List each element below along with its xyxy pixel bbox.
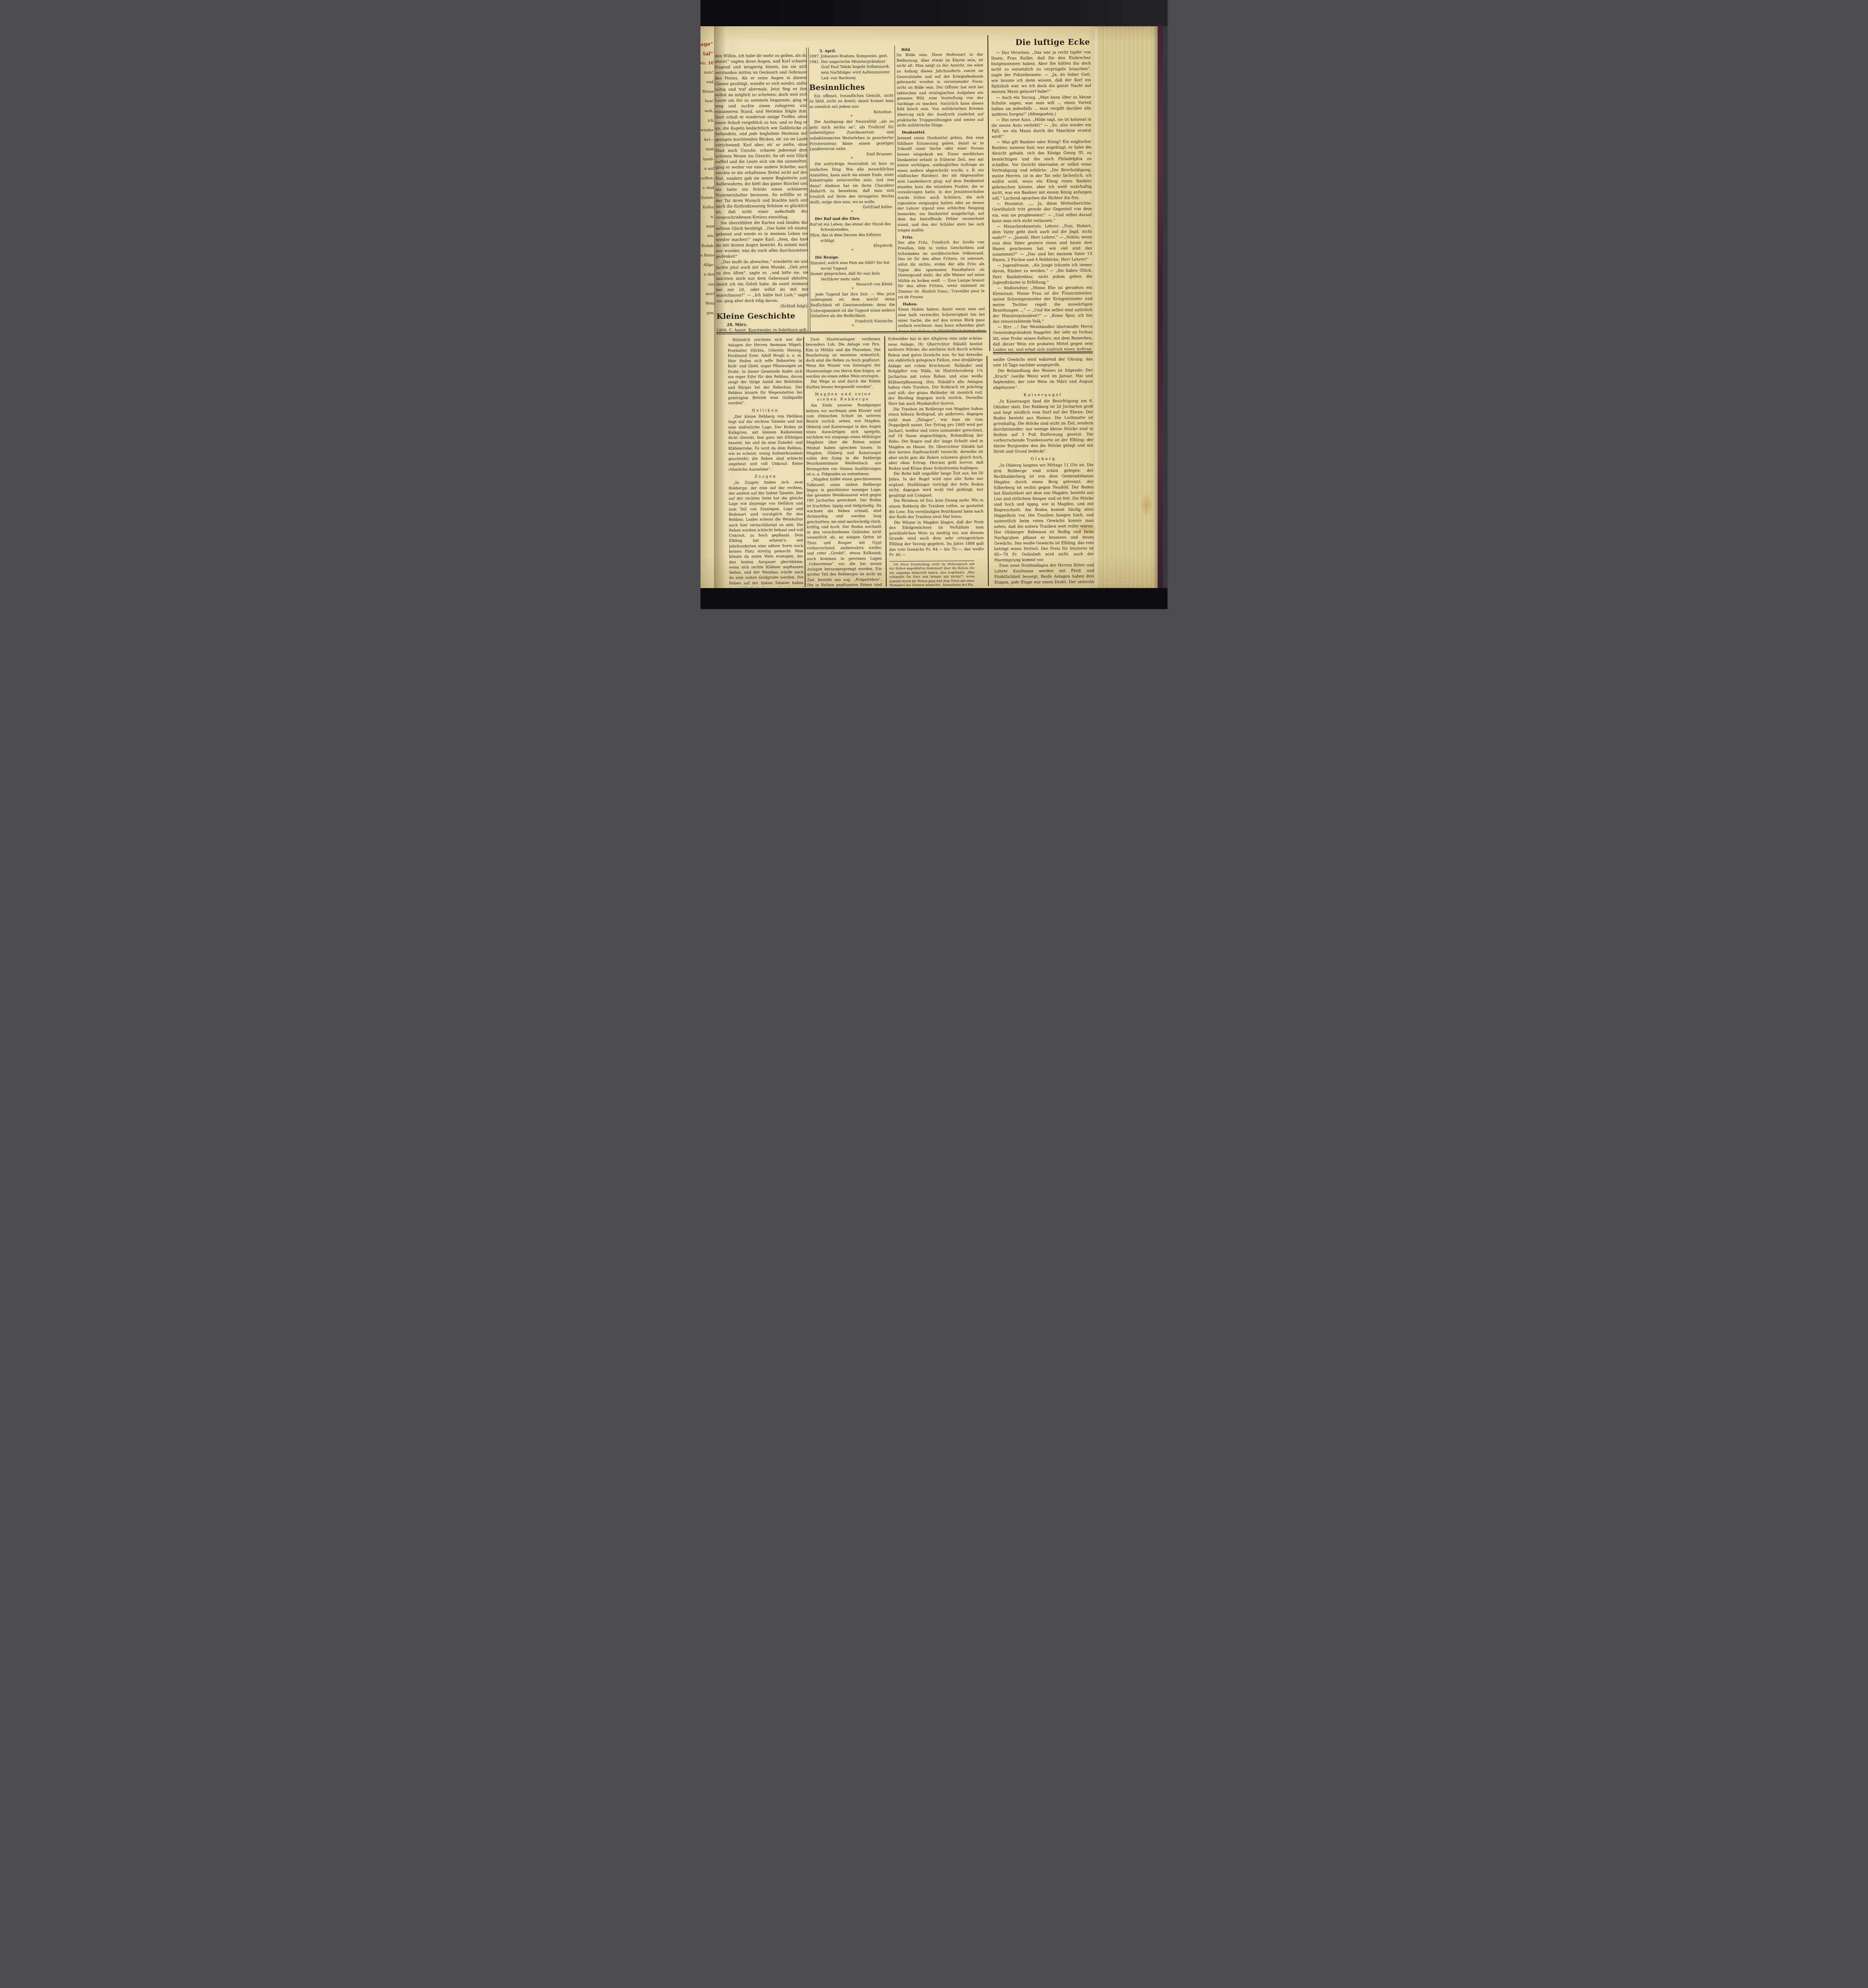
text-paragraph: „In Kaiseraugst fand die Besichtigung am…: [993, 398, 1093, 455]
page-edge-fragment: nen?: [700, 289, 715, 299]
event-line: 1868. C. Amiet, Kunstmaler, in Solothurn…: [716, 327, 809, 332]
text-paragraph: Die Rebe hält ungefähr lange Zeit aus, b…: [889, 471, 983, 498]
page-edge-fragment: ein-: [700, 231, 714, 241]
page-edge-fragment: wieder: [700, 126, 714, 135]
page-edge-fragment: eim: [700, 280, 715, 289]
text-paragraph: Am Ende unseres Rundganges kehren wir no…: [806, 403, 881, 477]
book-page-photo: age“tal“Nr. 10zum!undBraushen!weh,ichwie…: [700, 0, 1168, 609]
column-divider-rule: [803, 337, 806, 587]
column-divider-rule: [987, 356, 989, 586]
text-paragraph: Ein offenes, freundliches Gesicht, nicht…: [809, 93, 894, 110]
place-heading: Zuzgen: [729, 474, 803, 480]
text-paragraph: Die Winzer in Magden klagen, daß der Pre…: [889, 519, 984, 557]
text-paragraph: Sie überzählten die Karten und fanden da…: [716, 220, 809, 260]
text-paragraph: Jede Tugend hat ihre Zeit. — Wer jetzt u…: [811, 291, 895, 319]
verse-line: Ruf ist ein Leben, das atmet der Mund de…: [810, 221, 894, 233]
text-paragraph: — Auch ein Vorzug. „Man kann über zu kle…: [991, 95, 1091, 118]
column-divider-rule: [987, 35, 990, 351]
page-edge-fragment: Redak-: [700, 241, 714, 251]
page-edge-fragment: weh,: [700, 107, 714, 116]
section-heading: Die luftige Ecke: [991, 36, 1090, 48]
page-edge-fragment: tal“: [700, 49, 713, 58]
page-edge-fragment: man: [700, 222, 714, 231]
column-story-kleine-geschichte: den Willen, ich habe dir mehr zu geben, …: [715, 53, 809, 332]
text-paragraph: Die Trauben im Rebberge von Magden haben…: [888, 406, 983, 471]
page-edge-fragment: e Reise: [700, 251, 714, 260]
text-paragraph: — Was gilt Bankier oder König? Ein engli…: [992, 139, 1092, 202]
place-heading: Olsberg: [993, 456, 1093, 462]
page-edge-fragment: kel—: [700, 135, 714, 145]
subsection-heading: Denkzettel.: [897, 130, 983, 136]
column-rebbericht-2: Zwei Musteranlagen verdienen besonders L…: [806, 336, 882, 587]
page-edge-fragment: Allge-: [700, 260, 714, 270]
page-content: age“tal“Nr. 10zum!undBraushen!weh,ichwie…: [700, 0, 1168, 609]
column-rebbericht-4: weiße Gewächs wird während der Gärung, d…: [993, 357, 1094, 586]
background-bottom: [700, 588, 1168, 609]
text-paragraph: „In Olsberg langten wir Mittags 11 Uhr a…: [993, 462, 1094, 563]
verse-line: Immer gesprochen, daß ihr nun kein Verfü…: [811, 271, 895, 282]
text-paragraph: — Pessimist. „... Ja, diese Wetterberich…: [992, 201, 1092, 224]
page-edge-fragment: man: [700, 145, 714, 154]
attribution: Friedrich Nietzsche.: [811, 318, 895, 324]
text-paragraph: Die Auslegung der Neutralität „als es ge…: [809, 119, 894, 152]
page-edge-fragment: und: [700, 78, 714, 87]
column-die-luftige-ecke: Die luftige Ecke— Das Versehen. „Das war…: [991, 36, 1093, 351]
date-heading: 28. März.: [716, 322, 809, 328]
page-edge-fragment: n den: [700, 270, 715, 280]
subsection-heading: Fritz.: [898, 235, 984, 241]
text-paragraph: Der alte Fritz, Friedrich der Große von …: [898, 240, 985, 300]
section-heading: Besinnliches: [809, 83, 894, 92]
column-rebbericht-3: Schweider hat in der Altgären eine sehr …: [888, 336, 984, 586]
text-paragraph: Rühmlich zeichnen sich aus die Anlagen d…: [728, 337, 803, 406]
event-line: 1897. Johannes Brahms, Komponist, gest.: [809, 53, 893, 59]
text-paragraph: Die aufrichtige Neutralität ist kein so …: [810, 161, 894, 205]
column-rebbericht-1: Rühmlich zeichnen sich aus die Anlagen d…: [728, 337, 804, 588]
text-paragraph: Im Bilde sein. Diese Redensart in der Be…: [896, 52, 983, 128]
column-redensarten: Bild.Im Bilde sein. Diese Redensart in d…: [896, 45, 985, 331]
separator-star: *: [810, 210, 894, 215]
place-heading: Hellikon: [728, 408, 803, 413]
page-edge-fragment: e sind: [700, 183, 714, 193]
text-paragraph: — Jugendtraum. „Als Junge träumte ich im…: [992, 263, 1092, 286]
page-edge-fragment: ich: [700, 116, 714, 126]
page-edge-fragment: hand-: [700, 155, 714, 164]
subsection-heading: Bild.: [896, 47, 983, 52]
footnote: 10) Diese Feststellung steht im Widerspr…: [889, 561, 975, 587]
section-heading: Kleine Geschichte: [716, 312, 809, 321]
verse-line: Ehre, das in dem Herzen des Edleren schl…: [810, 232, 894, 244]
page-edge-fragment: Zeinin-: [700, 193, 714, 202]
text-paragraph: Jemand einen Denkzettel geben, ihm eine …: [897, 135, 984, 233]
text-paragraph: Zwei neue Drahtanlagen der Herren Ritter…: [994, 563, 1094, 586]
text-paragraph: Schweider hat in der Altgären eine sehr …: [888, 336, 983, 407]
separator-star: *: [811, 324, 895, 329]
page-edge-fragment: gen.: [700, 309, 715, 318]
text-paragraph: — Das Versehen. „Das war ja recht tapfer…: [991, 50, 1091, 95]
text-paragraph: Zwei Musteranlagen verdienen besonders L…: [806, 336, 881, 379]
text-paragraph: — Stoßseufzer. „Meine Ehe ist geradezu e…: [993, 285, 1093, 325]
subsection-heading: Der Ruf und die Ehre.: [810, 216, 894, 222]
section-divider-rule: [993, 351, 1093, 354]
text-paragraph: Die Weinlese ist frei, kein Zwang mehr. …: [889, 498, 983, 520]
text-paragraph: „Magden bildet einen geschlossenen Talke…: [807, 477, 882, 587]
text-paragraph: „In Zuzgen finden sich zwei Rebberge, de…: [729, 480, 804, 588]
text-paragraph: Die Wege in und durch die Reben dürften …: [806, 379, 881, 390]
page-edge-fragment: n auf: [700, 164, 714, 174]
column-besinnliches: 3. April.1897. Johannes Brahms, Komponis…: [809, 47, 895, 331]
column-divider-rule: [885, 336, 887, 586]
text-paragraph: den Willen, ich habe dir mehr zu geben, …: [715, 53, 808, 221]
date-heading: 3. April.: [809, 48, 893, 54]
subsection-heading: Haken.: [898, 301, 985, 307]
verse-line: Himmel, welch eine Pein sie fühlt! Sie h…: [810, 260, 894, 272]
text-paragraph: Einen Haken haben; damit weist man auf e…: [898, 307, 985, 331]
continuation-note: (Schluß folgt): [716, 304, 809, 310]
event-line: 1941. Der ungarische Ministerpräsident G…: [809, 59, 893, 81]
page-edge-fragment: Braus: [700, 87, 714, 97]
left-page-edge-text: age“tal“Nr. 10zum!undBraushen!weh,ichwie…: [700, 39, 716, 580]
text-paragraph: „Das mußt du abwarten,“ erwiderte sie un…: [716, 259, 809, 304]
page-edge-fragment: zum!: [700, 68, 714, 78]
place-heading: Kaiseraugst: [993, 392, 1093, 398]
text-paragraph: weiße Gewächs wird während der Gärung, d…: [993, 357, 1093, 369]
place-heading: Magden und seine sieben Rebberge: [806, 391, 881, 402]
page-edge-fragment: Keller: [700, 203, 714, 212]
page-edge-fragment: u.: [700, 212, 714, 222]
separator-star: *: [810, 248, 894, 253]
page-edge-fragment: hen!: [700, 97, 714, 106]
page-edge-fragment: heißen:: [700, 174, 714, 183]
text-paragraph: „Der kleine Rebberg von Hellikon liegt a…: [728, 414, 803, 472]
page-edge-fragment: Nr. 10: [700, 58, 713, 68]
subsection-heading: Die Reuige.: [810, 254, 894, 260]
text-paragraph: — Das neue Auto. „Hilde sagt, sie ist ko…: [991, 117, 1091, 140]
text-paragraph: — Menschenkenntnis. Lehrer: „Nun, Hubert…: [992, 223, 1092, 263]
text-paragraph: — Brrr ...! Der Weinhändler übersandte H…: [993, 324, 1092, 351]
page-edge-fragment: Wein: [700, 299, 715, 309]
text-paragraph: Die Behandlung des Weines ist folgende: …: [993, 368, 1093, 391]
page-edge-fragment: age“: [700, 39, 713, 49]
